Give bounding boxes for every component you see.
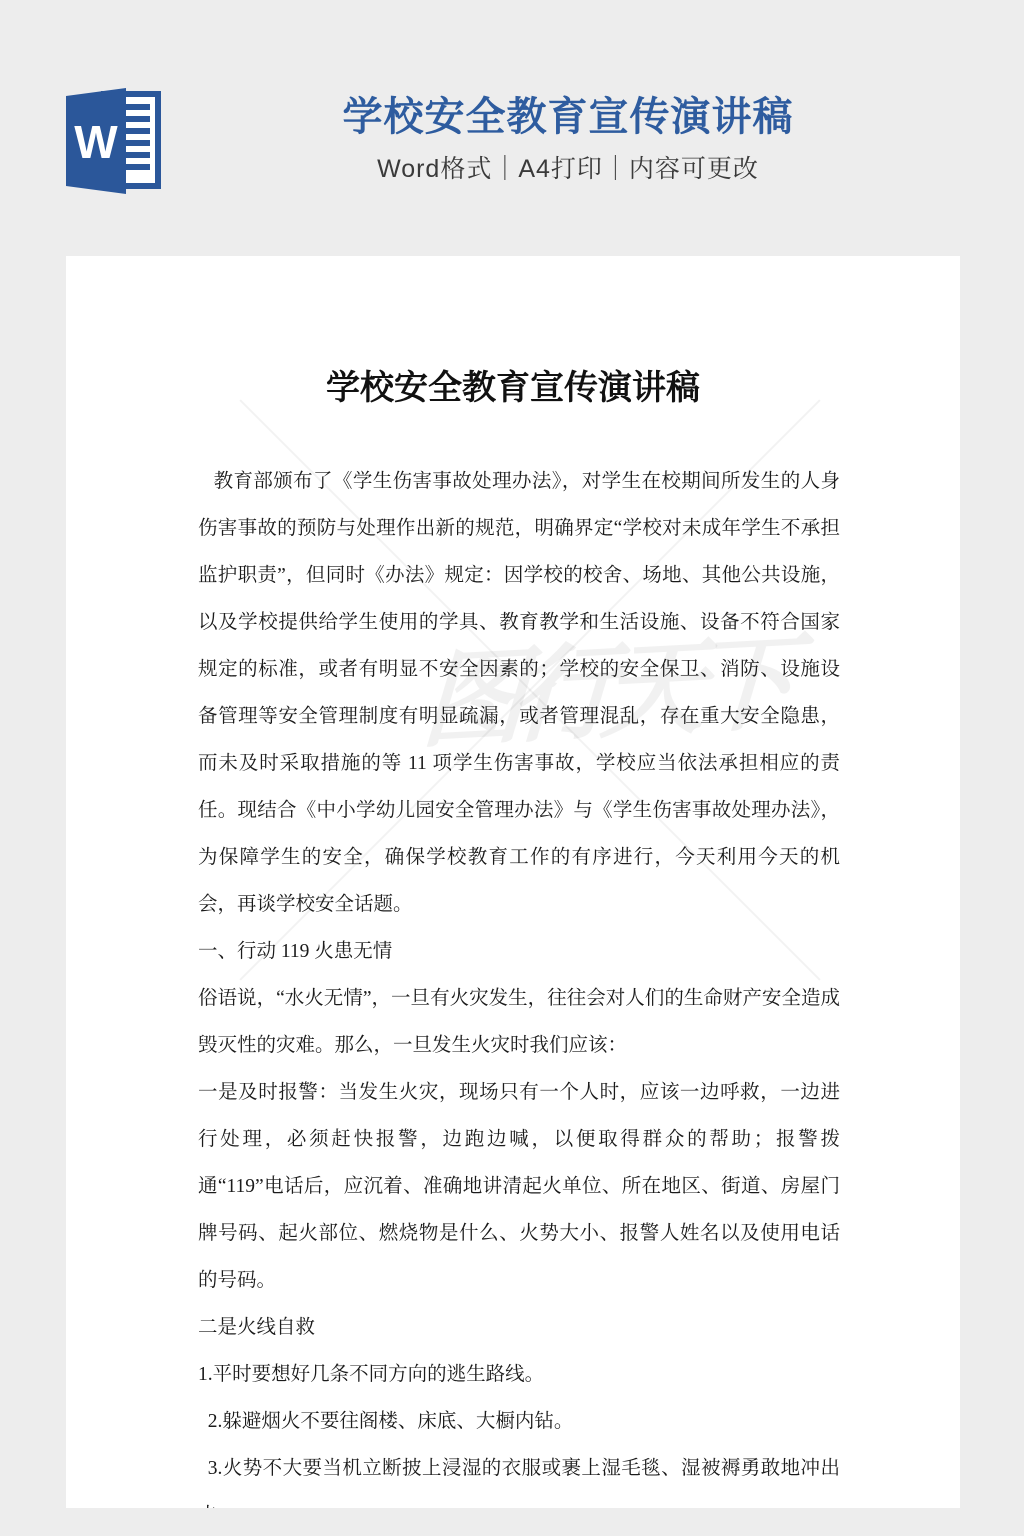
document-paragraph: 教育部颁布了《学生伤害事故处理办法》，对学生在校期间所发生的人身伤害事故的预防与… <box>198 458 840 928</box>
document-paragraph: 二是火线自救 <box>198 1304 840 1351</box>
document-paragraph: 一、行动 119 火患无情 <box>198 928 840 975</box>
svg-text:W: W <box>74 116 118 168</box>
word-icon: W <box>62 86 164 196</box>
document-title: 学校安全教育宣传演讲稿 <box>66 368 960 410</box>
document-paragraph: 2.躲避烟火不要往阁楼、床底、大橱内钻。 <box>198 1398 840 1445</box>
document-paragraph: 1.平时要想好几条不同方向的逃生路线。 <box>198 1351 840 1398</box>
document-paragraphs: 教育部颁布了《学生伤害事故处理办法》，对学生在校期间所发生的人身伤害事故的预防与… <box>198 458 840 1508</box>
document-page: 图行天下 学校安全教育宣传演讲稿 教育部颁布了《学生伤害事故处理办法》，对学生在… <box>66 256 960 1508</box>
header: W 学校安全教育宣传演讲稿 Word格式｜A4打印｜内容可更改 <box>0 0 1024 256</box>
document-paragraph: 俗语说，“水火无情”，一旦有火灾发生，往往会对人们的生命财产安全造成毁灭性的灾难… <box>198 975 840 1069</box>
document-paragraph: 3.火势不大要当机立断披上浸湿的衣服或裹上湿毛毯、湿被褥勇敢地冲出去， <box>198 1445 840 1508</box>
header-text: 学校安全教育宣传演讲稿 Word格式｜A4打印｜内容可更改 <box>180 92 956 185</box>
document-paragraph: 一是及时报警：当发生火灾，现场只有一个人时，应该一边呼救，一边进行处理，必须赶快… <box>198 1069 840 1304</box>
template-title: 学校安全教育宣传演讲稿 <box>180 92 956 142</box>
template-subtitle: Word格式｜A4打印｜内容可更改 <box>180 153 956 185</box>
